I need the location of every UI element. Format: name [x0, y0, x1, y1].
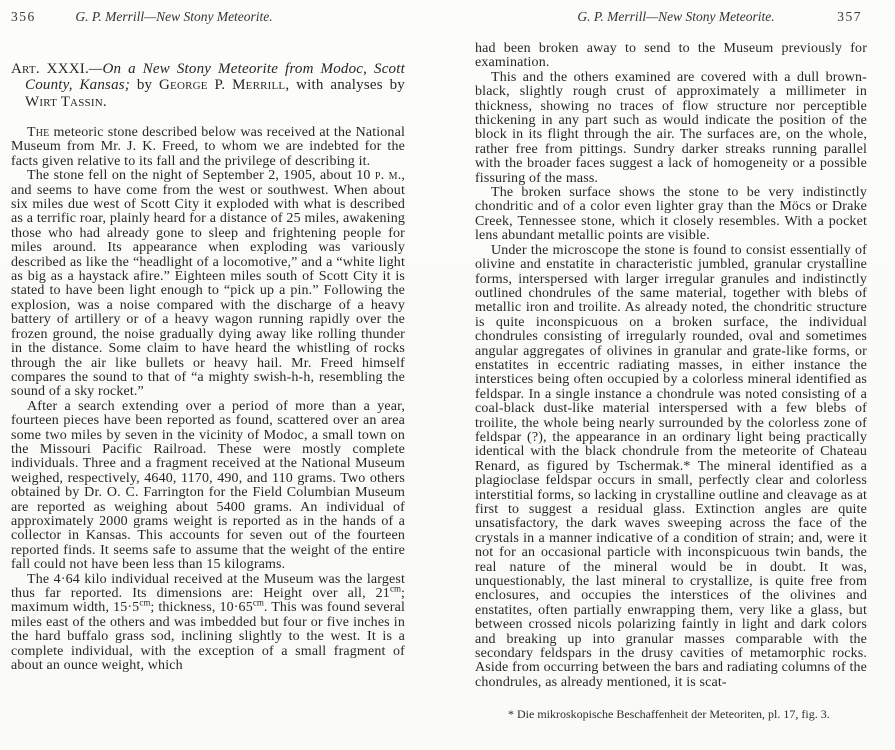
heading-article-number: Art. XXXI.	[11, 61, 89, 77]
paragraph-text: ; thickness, 10·65	[150, 600, 253, 615]
footnote-tschermak-reference: * Die mikroskopische Beschaffenheit der …	[475, 707, 867, 721]
running-head-left: 356 G. P. Merrill—New Stony Meteorite.	[11, 9, 405, 27]
time-abbreviation: p. m.	[375, 168, 401, 183]
heading-analyses-text: , with analyses by	[285, 77, 405, 93]
paragraph-lead-word: The	[27, 126, 49, 140]
running-head-right: G. P. Merrill—New Stony Meteorite. 357	[475, 9, 867, 27]
paragraph-text: Under the microscope the stone is found …	[475, 243, 867, 690]
heading-byline-text: by	[130, 77, 159, 93]
paragraph-fall-account: The stone fell on the night of September…	[11, 169, 405, 400]
page-356-body: The meteoric stone described below was r…	[11, 126, 405, 673]
unit-superscript-cm: cm	[253, 598, 264, 608]
page-356: 356 G. P. Merrill—New Stony Meteorite. A…	[11, 0, 405, 750]
heading-analyst-name: Wirt Tassin	[25, 94, 103, 110]
heading-author-name: George P. Merrill	[159, 77, 285, 93]
page-357-body: had been broken away to send to the Muse…	[475, 42, 867, 690]
running-title-left: G. P. Merrill—New Stony Meteorite.	[75, 9, 272, 25]
paragraph-crust: This and the others examined are covered…	[475, 71, 867, 186]
paragraph-text: The 4·64 kilo individual received at the…	[11, 572, 405, 601]
journal-spread: 356 G. P. Merrill—New Stony Meteorite. A…	[0, 0, 895, 750]
paragraph-text: The broken surface shows the stone to be…	[475, 185, 867, 243]
paragraph-dimensions: The 4·64 kilo individual received at the…	[11, 573, 405, 674]
paragraph-text: had been broken away to send to the Muse…	[475, 42, 867, 70]
paragraph-intro: The meteoric stone described below was r…	[11, 126, 405, 169]
paragraph-text: meteoric stone described below was recei…	[11, 126, 405, 169]
paragraph-finds: After a search extending over a period o…	[11, 400, 405, 573]
page-number-left: 356	[11, 9, 36, 25]
unit-superscript-cm: cm	[390, 583, 401, 593]
heading-end-period: .	[103, 94, 107, 110]
page-357: G. P. Merrill—New Stony Meteorite. 357 h…	[475, 0, 867, 750]
paragraph-microscope: Under the microscope the stone is found …	[475, 244, 867, 691]
article-heading: Art. XXXI.—On a New Stony Meteorite from…	[11, 61, 405, 110]
paragraph-text: The stone fell on the night of September…	[27, 168, 375, 183]
paragraph-broken-surface: The broken surface shows the stone to be…	[475, 186, 867, 244]
paragraph-text: After a search extending over a period o…	[11, 399, 405, 572]
page-number-right: 357	[837, 9, 862, 25]
unit-superscript-cm: cm	[139, 598, 150, 608]
paragraph-text: , and seems to have come from the west o…	[11, 168, 405, 399]
running-title-right: G. P. Merrill—New Stony Meteorite.	[577, 9, 774, 25]
paragraph-text: This and the others examined are covered…	[475, 70, 867, 186]
paragraph-continuation: had been broken away to send to the Muse…	[475, 42, 867, 71]
